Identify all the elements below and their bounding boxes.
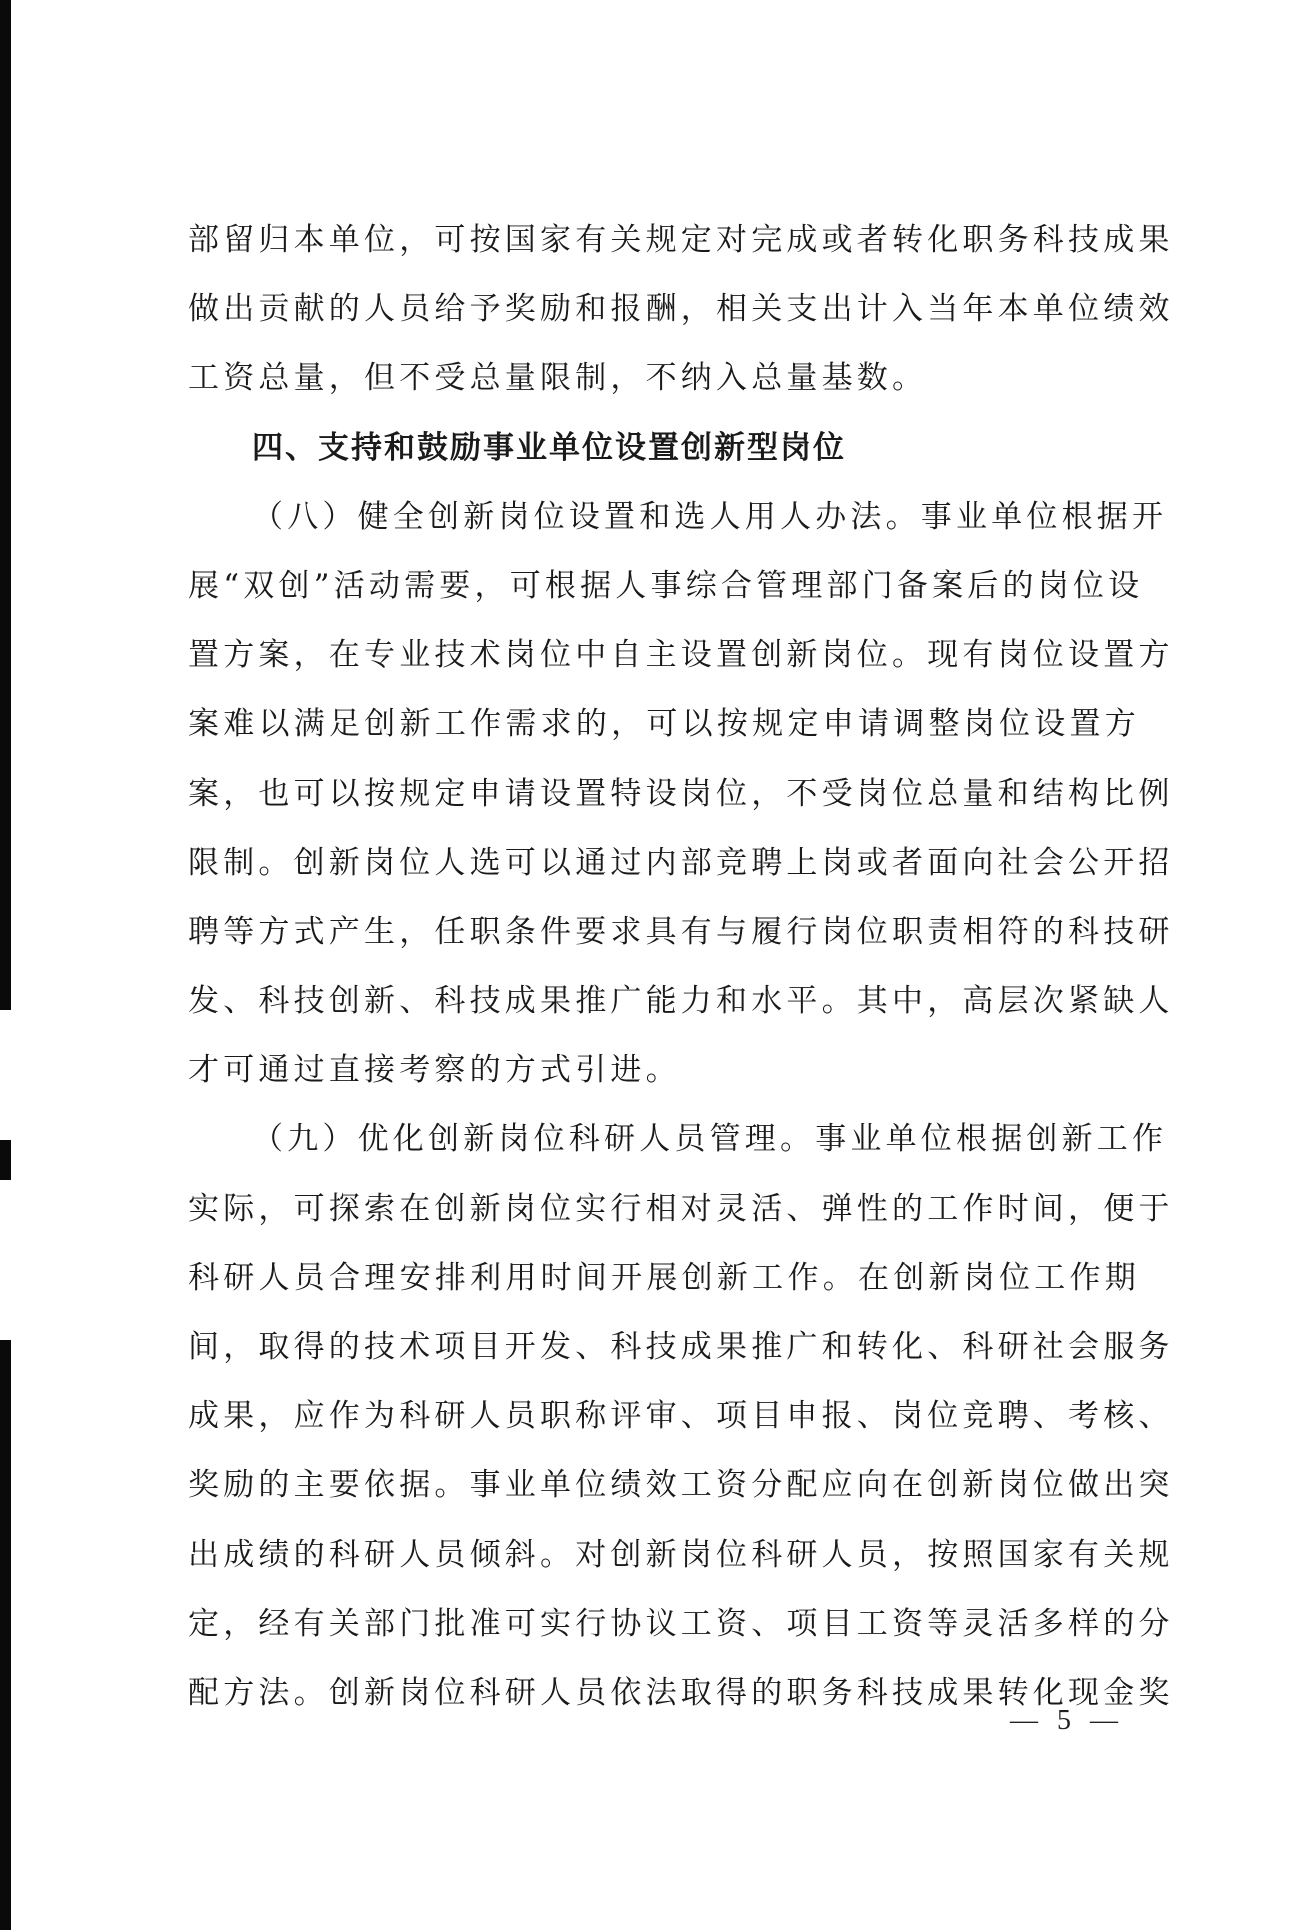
body-line: 奖励的主要依据。事业单位绩效工资分配应向在创新岗位做出突 <box>188 1457 1140 1526</box>
body-line: 科研人员合理安排利用时间开展创新工作。在创新岗位工作期 <box>188 1250 1140 1319</box>
scan-edge-tear <box>0 1180 12 1340</box>
body-line: 展“双创”活动需要，可根据人事综合管理部门备案后的岗位设 <box>188 558 1140 627</box>
body-line: 成果，应作为科研人员职称评审、项目申报、岗位竞聘、考核、 <box>188 1388 1140 1457</box>
paragraph-start-line: （九）优化创新岗位科研人员管理。事业单位根据创新工作 <box>188 1111 1140 1180</box>
body-line: 发、科技创新、科技成果推广能力和水平。其中，高层次紧缺人 <box>188 973 1140 1042</box>
body-line: 配方法。创新岗位科研人员依法取得的职务科技成果转化现金奖 <box>188 1665 1140 1734</box>
body-line: 案，也可以按规定申请设置特设岗位，不受岗位总量和结构比例 <box>188 766 1140 835</box>
paragraph-start-line: （八）健全创新岗位设置和选人用人办法。事业单位根据开 <box>188 489 1140 558</box>
scan-edge-shadow <box>0 0 11 1930</box>
body-line: 部留归本单位，可按国家有关规定对完成或者转化职务科技成果 <box>188 212 1140 281</box>
body-line: 才可通过直接考察的方式引进。 <box>188 1042 1140 1111</box>
body-line: 聘等方式产生，任职条件要求具有与履行岗位职责相符的科技研 <box>188 904 1140 973</box>
body-line: 实际，可探索在创新岗位实行相对灵活、弹性的工作时间，便于 <box>188 1181 1140 1250</box>
document-page: 部留归本单位，可按国家有关规定对完成或者转化职务科技成果 做出贡献的人员给予奖励… <box>188 212 1140 1734</box>
body-line: 做出贡献的人员给予奖励和报酬，相关支出计入当年本单位绩效 <box>188 281 1140 350</box>
body-line: 定，经有关部门批准可实行协议工资、项目工资等灵活多样的分 <box>188 1596 1140 1665</box>
page-number: — 5 — <box>1010 1705 1124 1737</box>
body-line: 限制。创新岗位人选可以通过内部竞聘上岗或者面向社会公开招 <box>188 835 1140 904</box>
scan-edge-tear <box>0 1010 12 1140</box>
body-line: 案难以满足创新工作需求的，可以按规定申请调整岗位设置方 <box>188 696 1140 765</box>
body-line: 出成绩的科研人员倾斜。对创新岗位科研人员，按照国家有关规 <box>188 1527 1140 1596</box>
body-line: 间，取得的技术项目开发、科技成果推广和转化、科研社会服务 <box>188 1319 1140 1388</box>
section-heading: 四、支持和鼓励事业单位设置创新型岗位 <box>188 420 1140 489</box>
body-line: 置方案，在专业技术岗位中自主设置创新岗位。现有岗位设置方 <box>188 627 1140 696</box>
body-line: 工资总量，但不受总量限制，不纳入总量基数。 <box>188 350 1140 419</box>
